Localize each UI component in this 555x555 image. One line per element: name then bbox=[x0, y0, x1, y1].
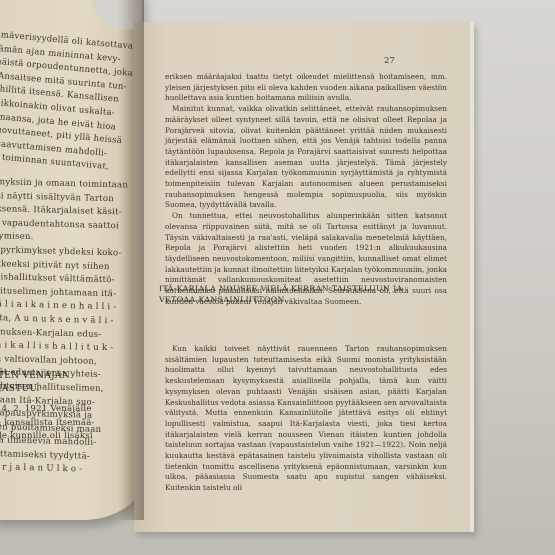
page-edge bbox=[470, 22, 474, 532]
left-paragraph-1: kylmäverisyydellä oli katsottava n tämän… bbox=[0, 28, 137, 176]
text-line: lle kunnille oli lisäksi bbox=[0, 430, 136, 444]
left-section-heading: TEN VENÄJÄN JASTUU. bbox=[0, 370, 70, 396]
paragraph: Mainitut kunnat, vaikka olivatkin selitt… bbox=[165, 104, 447, 211]
paragraph: Kun kaikki toiveet näyttivät rauenneen T… bbox=[165, 344, 447, 494]
text-line: 14. 2. 1921 Venäjälle bbox=[0, 403, 136, 417]
left-paragraph-3: 14. 2. 1921 Venäjälle ä kansallista itse… bbox=[0, 403, 136, 444]
heading-line: JASTUU. bbox=[0, 383, 70, 396]
heading-line: VETOAA KANSAINLIITTOON. bbox=[159, 295, 449, 306]
text-line: ä kansallista itsemää- bbox=[0, 417, 136, 431]
paragraph: eriksen määräajaksi taattu tietyt oikeud… bbox=[165, 72, 447, 104]
right-page-text-top: eriksen määräajaksi taattu tietyt oikeud… bbox=[165, 72, 447, 307]
text-line: K a r j a l a n U l k o - bbox=[0, 461, 134, 479]
heading-line: ITÄ-KARJALA NOUSEE VIELÄ KERRAN TAISTELU… bbox=[159, 284, 449, 295]
heading-line: TEN VENÄJÄN bbox=[0, 370, 70, 383]
right-page-text-bottom: Kun kaikki toiveet näyttivät rauenneen T… bbox=[165, 344, 447, 494]
page-number: 27 bbox=[384, 56, 395, 66]
book-spine-shadow bbox=[118, 0, 144, 520]
section-heading: ITÄ-KARJALA NOUSEE VIELÄ KERRAN TAISTELU… bbox=[159, 284, 449, 305]
